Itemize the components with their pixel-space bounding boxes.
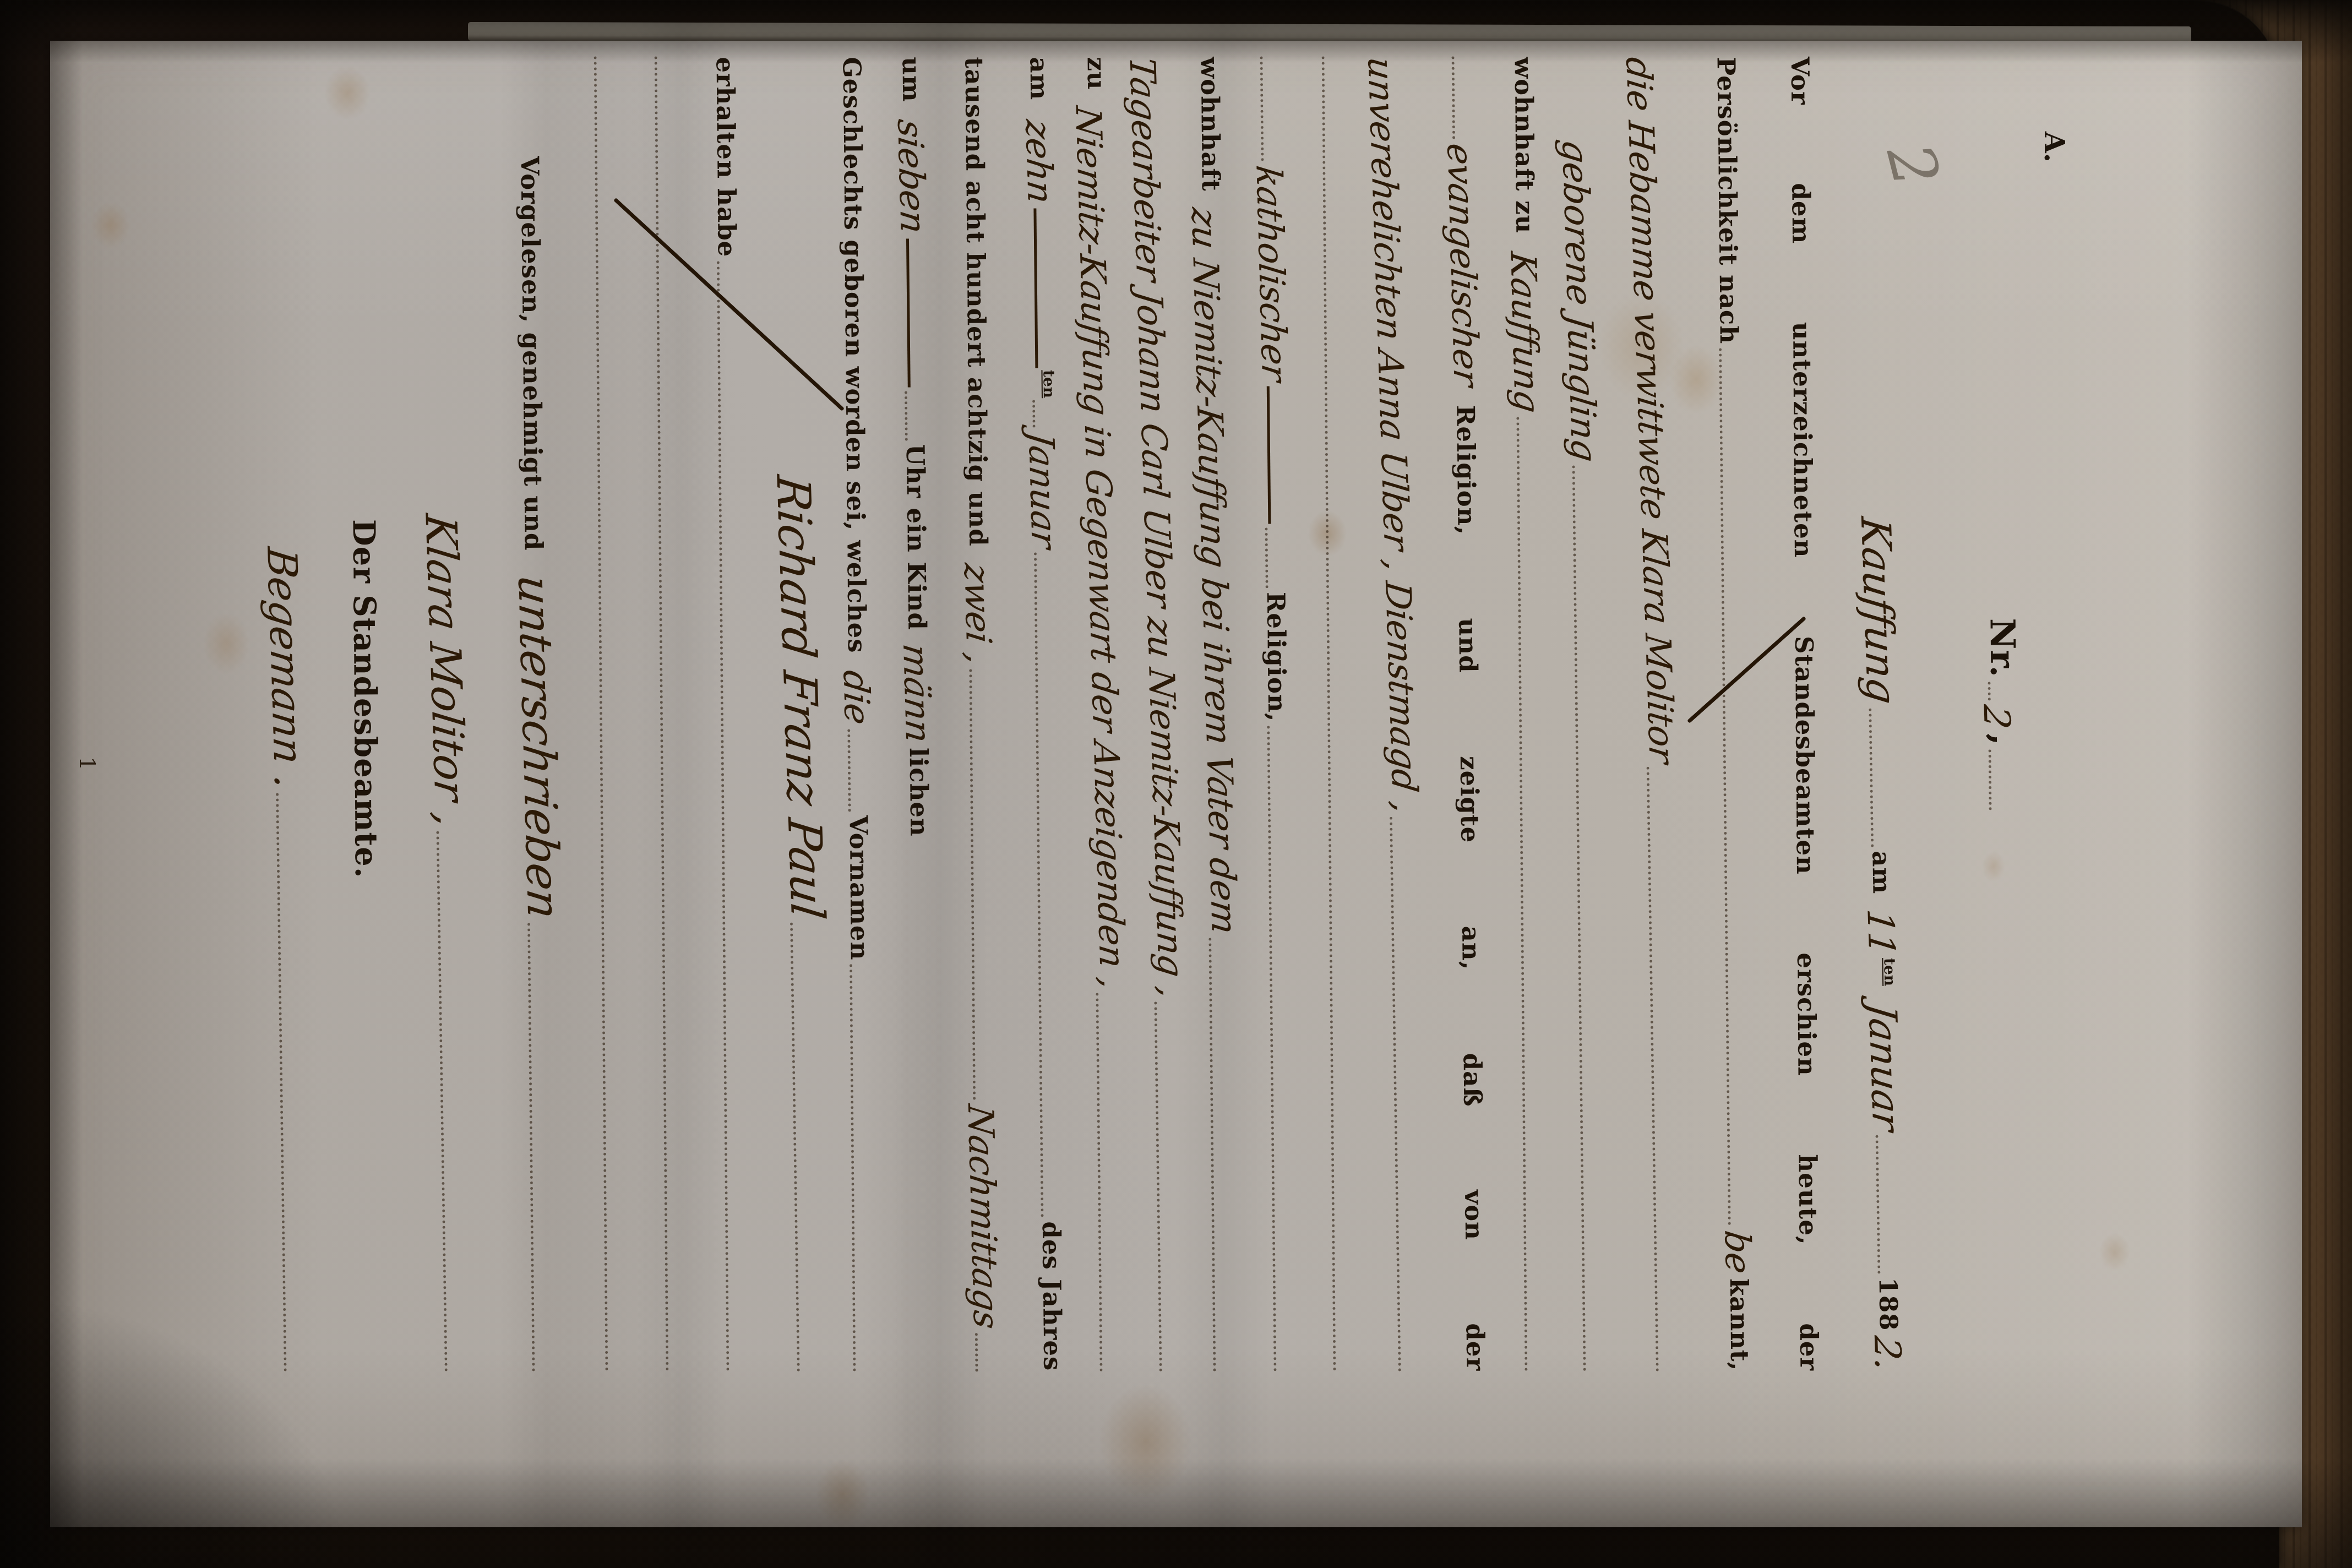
handwritten-entry: Klara Molitor ,	[421, 509, 470, 832]
handwritten-entry: Januar	[1864, 998, 1903, 1135]
dotted-rule	[1988, 682, 1990, 700]
form-row: Klara Molitor ,	[418, 54, 501, 1373]
form-row: Persönlichkeit nachbekannt,	[1710, 54, 1785, 1373]
printed-form-text: ,	[1983, 731, 2020, 748]
dotted-rule	[975, 1333, 978, 1371]
handwritten-entry: Januar	[1024, 427, 1059, 553]
dotted-rule	[1875, 1135, 1880, 1273]
printed-form-text: erhalten habe	[710, 55, 739, 260]
handwritten-entry: zehn	[1021, 115, 1055, 208]
form-row: tausend acht hundert achtzig undzwei ,Na…	[959, 55, 1032, 1374]
document-page: A. 2 Nr.2,Kauffungam11tenJanuar1882.Vor …	[50, 41, 2302, 1527]
dotted-rule	[1647, 767, 1659, 1372]
handwritten-entry: Richard Franz Paul	[771, 471, 828, 924]
dotted-rule	[527, 923, 535, 1371]
printed-form-text: kannt,	[1723, 1276, 1752, 1374]
form-row	[589, 55, 662, 1374]
page-number: 1	[74, 756, 100, 770]
printed-form-text: Religion, und zeigte an, daß von der	[1450, 403, 1488, 1374]
handwritten-entry: 2	[1980, 700, 2013, 733]
printed-form-text: Vorgelesen, genehmigt und	[514, 154, 546, 553]
gap	[513, 55, 514, 154]
printed-form-text: tausend acht hundert achtzig und	[959, 55, 991, 549]
dotted-rule	[1989, 750, 1992, 810]
printed-form-text: Der Standesbeamte.	[345, 517, 382, 881]
dotted-rule	[276, 793, 287, 1372]
printed-form-text: 188	[1872, 1275, 1901, 1333]
pencil-annotation: 2	[1872, 137, 1953, 194]
gap	[418, 55, 426, 512]
handwritten-dash	[906, 238, 911, 387]
printed-form-text: Geschlechts geboren worden sei, welches	[836, 55, 870, 656]
form-row: die Hebamme verwittwete Klara Molitor	[1630, 54, 1712, 1373]
handwritten-entry: unterschrieben	[513, 570, 564, 924]
dotted-rule	[1719, 348, 1731, 1226]
handwritten-entry: zwei ,	[960, 559, 994, 669]
form-row: Nr.2,	[1977, 55, 2050, 1374]
form-row: Vor dem unterzeichneten Standesbeamten e…	[1784, 55, 1855, 1374]
gap	[342, 55, 345, 517]
dotted-rule	[905, 391, 908, 440]
printed-form-text: am	[1023, 55, 1052, 102]
dotted-rule	[969, 669, 976, 1100]
printed-form-text: Vor dem unterzeichneten Standesbeamten e…	[1784, 55, 1822, 1373]
dotted-rule	[594, 56, 608, 1371]
printed-form-text: am	[1865, 848, 1894, 897]
dotted-rule	[1267, 726, 1276, 1371]
printed-form-text: Nr.	[1981, 616, 2019, 680]
dotted-rule	[790, 923, 800, 1372]
handwritten-entry: männ	[899, 639, 933, 747]
dotted-rule	[1260, 56, 1264, 161]
dotted-rule	[1869, 708, 1874, 847]
handwritten-entry: 2.	[1870, 1331, 1904, 1375]
printed-form-text: Uhr ein Kind	[900, 442, 930, 633]
dotted-rule	[1390, 817, 1401, 1372]
handwritten-entry: Kauffung	[1856, 513, 1899, 709]
handwritten-dash	[1267, 386, 1271, 524]
dotted-rule	[1451, 56, 1455, 139]
printed-form-text: Persönlichkeit nach	[1710, 55, 1741, 346]
superscript-ten: ten	[1867, 958, 1897, 987]
printed-form-text: lichen	[903, 745, 932, 839]
dotted-rule	[847, 729, 851, 812]
handwritten-dash	[1033, 208, 1038, 368]
gap	[260, 55, 266, 545]
form-row	[649, 55, 722, 1374]
printed-form-text: des Jahres	[1036, 1219, 1065, 1373]
form-row: Kauffungam11tenJanuar1882.	[1860, 514, 1935, 1374]
form-row: Der Standesbeamte.	[342, 55, 413, 1374]
section-label-a: A.	[2038, 132, 2071, 162]
printed-form-text: Religion,	[1260, 590, 1290, 725]
handwritten-entry: Begemann .	[263, 542, 307, 793]
handwritten-entry: die	[839, 666, 872, 729]
superscript-ten: ten	[1026, 370, 1057, 399]
handwritten-entry: be	[1720, 1226, 1753, 1278]
printed-form-text: wohnhaft zu	[1508, 55, 1538, 236]
form-row: erhalten habe	[710, 55, 783, 1374]
handwritten-entry: 11	[1864, 905, 1898, 960]
dotted-rule	[1034, 552, 1044, 1217]
form-row: Vorgelesen, genehmigt undunterschrieben	[513, 54, 588, 1373]
photo-stage: A. 2 Nr.2,Kauffungam11tenJanuar1882.Vor …	[0, 0, 2352, 1568]
dotted-rule	[1265, 527, 1268, 588]
printed-form-text: um	[895, 55, 924, 105]
form-row: Begemann .	[260, 54, 340, 1373]
dotted-rule	[1032, 400, 1036, 427]
handwritten-entry: evangelischer	[1442, 139, 1481, 391]
dotted-rule	[436, 831, 447, 1372]
printed-form-text: Vornamen	[843, 813, 872, 963]
